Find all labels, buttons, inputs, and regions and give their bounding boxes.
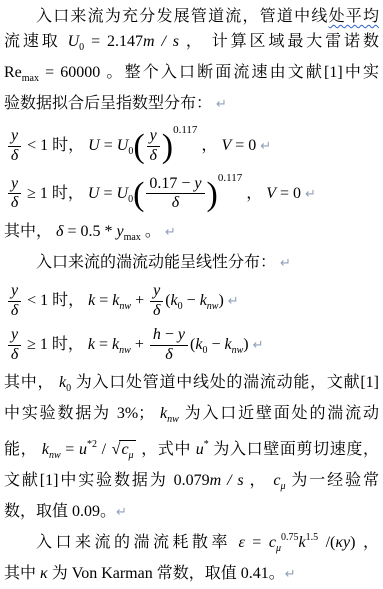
fraction-numerator: y: [8, 128, 21, 147]
text-run: 为一经验常: [285, 472, 378, 489]
math-roman: = 2.147: [84, 33, 143, 50]
fraction: h − yδ: [150, 327, 188, 364]
math-italic: k: [171, 292, 178, 309]
text-run: 。: [100, 503, 116, 520]
math-italic: δ: [11, 147, 18, 164]
subscript: max: [22, 73, 39, 84]
text-run: 时，: [52, 336, 88, 353]
math-italic: y: [150, 127, 157, 144]
para4-line2: 其中 κ 为 Von Karman 常数，取值 0.41。↵: [4, 561, 379, 587]
fraction-numerator: y: [8, 327, 21, 346]
text-run: 。: [141, 223, 165, 240]
math-roman: [1]: [40, 472, 59, 489]
superscript: *2: [87, 439, 97, 450]
text-run: ，: [244, 472, 274, 489]
equation-k-outer: yδ ≥ 1 时， k = knw + h − yδ(k0 − knw) ↵: [6, 327, 379, 364]
document-page: 入口来流为充分发展管道流，管道中线处平均流速取 U0 = 2.147m / s …: [0, 0, 383, 589]
math-roman: =: [95, 292, 112, 309]
math-italic: δ: [11, 194, 18, 211]
math-roman: < 1: [23, 292, 52, 309]
math-italic: U: [88, 137, 100, 154]
math-italic: k: [59, 374, 66, 391]
math-italic: k: [42, 441, 49, 458]
math-italic: U: [117, 137, 129, 154]
math-italic: y: [11, 326, 18, 343]
subscript: nw: [119, 301, 131, 312]
math-roman: 0.09: [72, 503, 100, 520]
fraction: yδ: [8, 283, 21, 320]
fraction-numerator: y: [150, 283, 163, 302]
math-italic: c: [269, 534, 276, 551]
subscript: nw: [167, 414, 179, 425]
para1-line3: Remax = 60000 。整个入口断面流速由文献[1]中实: [4, 60, 379, 91]
fraction-numerator: y: [147, 128, 160, 147]
math-italic: m / s: [210, 472, 244, 489]
para1-line1: 入口来流为充分发展管道流，管道中线处平均: [4, 4, 379, 29]
math-roman: = 0.5 *: [63, 223, 116, 240]
math-roman: Re: [4, 64, 22, 81]
math-italic: V: [266, 185, 276, 202]
math-italic: κ: [40, 565, 48, 582]
equation-k-inner: yδ < 1 时， k = knw + yδ(k0 − knw) ↵: [6, 283, 379, 320]
paragraph-mark-icon: ↵: [165, 225, 176, 240]
math-roman: =: [100, 137, 117, 154]
text-run: 其中: [4, 565, 40, 582]
para3-line3: 能， knw = u*2 / √cμ ，式中 u* 为入口壁面剪切速度，: [4, 432, 379, 468]
math-italic: δ: [165, 346, 172, 363]
subscript: nw: [49, 450, 61, 461]
para3-line5: 数，取值 0.09。↵: [4, 499, 379, 525]
document-body: 入口来流为充分发展管道流，管道中线处平均流速取 U0 = 2.147m / s …: [4, 4, 379, 587]
math-italic: y: [11, 127, 18, 144]
math-italic: δ: [149, 147, 156, 164]
superscript: 1.5: [306, 532, 319, 543]
text-run: 。整个入口断面流速由文献: [100, 64, 324, 81]
math-roman: < 1: [23, 137, 52, 154]
math-roman: = 60000: [39, 64, 100, 81]
math-italic: U: [88, 185, 100, 202]
text-run: 为入口壁面剪切速度，: [209, 441, 379, 458]
fraction: yδ: [8, 176, 21, 213]
math-roman: = 0: [276, 185, 305, 202]
text-run: 。: [269, 565, 285, 582]
math-italic: V: [221, 137, 231, 154]
math-roman: +: [131, 292, 148, 309]
paragraph-mark-icon: ↵: [285, 567, 296, 582]
text-run: 验数据拟合后呈指数型分布：: [4, 95, 216, 112]
paragraph-mark-icon: ↵: [260, 139, 271, 154]
paragraph-mark-icon: ↵: [305, 187, 316, 202]
fraction: yδ: [8, 128, 21, 165]
equation-u-inner: yδ < 1 时， U = U0(yδ)0.117 ， V = 0 ↵: [6, 124, 379, 165]
fraction-numerator: 0.17 − y: [146, 176, 204, 195]
math-italic: δ: [11, 302, 18, 319]
math-italic: k: [224, 336, 231, 353]
para4-line1: 入口来流的湍流耗散率 ε = cμ0.75k1.5 /(κy) ，: [4, 525, 379, 561]
math-roman: =: [61, 441, 79, 458]
paragraph-mark-icon: ↵: [280, 256, 291, 271]
math-roman: −: [161, 326, 178, 343]
fraction-denominator: δ: [150, 346, 188, 364]
math-roman: ): [243, 336, 252, 353]
math-italic: δ: [153, 302, 160, 319]
fraction-denominator: δ: [8, 194, 21, 212]
text-run: ，: [242, 185, 266, 202]
para1-line2: 流速取 U0 = 2.147m / s ， 计算区域最大雷诺数: [4, 29, 379, 60]
para3-line4: 文献[1]中实验数据为 0.079m / s ， cμ 为一经验常: [4, 468, 379, 499]
subscript: μ: [276, 543, 281, 554]
text-run: 能，: [4, 441, 42, 458]
paragraph-mark-icon: ↵: [228, 294, 239, 309]
text-run: 入口来流的湍流耗散率: [36, 534, 239, 551]
math-italic: U: [68, 33, 80, 50]
para3-line2: 中实验数据为 3%； knw 为入口近壁面处的湍流动: [4, 401, 379, 432]
fraction: yδ: [147, 128, 160, 165]
square-root: √cμ: [112, 437, 136, 468]
fraction-denominator: δ: [147, 147, 160, 165]
math-italic: y: [116, 223, 123, 240]
math-italic: κy: [335, 534, 350, 551]
fraction: 0.17 − yδ: [146, 176, 204, 213]
text-run: 入口来流的湍流动能呈线性分布：: [36, 254, 280, 271]
subscript: nw: [232, 345, 244, 356]
text-run: 为入口近壁面处的湍流动: [179, 405, 379, 422]
math-roman: ≥ 1: [23, 185, 52, 202]
big-paren: ): [162, 128, 173, 165]
math-roman: =: [95, 336, 112, 353]
math-italic: y: [11, 282, 18, 299]
paragraph-mark-icon: ↵: [116, 505, 127, 520]
math-roman: +: [131, 336, 148, 353]
big-paren: (: [133, 128, 144, 165]
math-italic: y: [178, 326, 185, 343]
text-run: ，: [197, 137, 221, 154]
fraction-numerator: y: [8, 176, 21, 195]
para2-line1: 入口来流的湍流动能呈线性分布： ↵: [4, 250, 379, 276]
text-run: 其中，: [4, 374, 59, 391]
para1-line4: 验数据拟合后呈指数型分布： ↵: [4, 91, 379, 117]
math-italic: k: [88, 336, 95, 353]
text-run: ， 计算区域最大雷诺数: [179, 33, 379, 50]
fraction: yδ: [8, 327, 21, 364]
math-italic: y: [153, 282, 160, 299]
exponent: 0.117: [173, 124, 197, 136]
subscript: μ: [129, 450, 134, 461]
fraction: yδ: [150, 283, 163, 320]
text-run: 中实验数据为: [58, 472, 173, 489]
math-italic: m / s: [143, 33, 179, 50]
text-run: 时，: [52, 185, 88, 202]
fraction-numerator: y: [8, 283, 21, 302]
text-run: 其中，: [4, 223, 56, 240]
exponent: 0.117: [218, 172, 242, 184]
big-paren: (: [133, 176, 144, 213]
text-run: 中实: [343, 64, 379, 81]
math-roman: /: [97, 441, 111, 458]
paragraph-mark-icon: ↵: [216, 97, 227, 112]
math-roman: 0.17 −: [149, 175, 194, 192]
fraction-denominator: δ: [150, 302, 163, 320]
math-roman: [1]: [324, 64, 343, 81]
math-roman: ≥ 1: [23, 336, 52, 353]
text-run: 为 Von Karman 常数，取值: [48, 565, 241, 582]
fraction-denominator: δ: [8, 147, 21, 165]
text-run: 数，取值: [4, 503, 72, 520]
math-italic: y: [194, 175, 201, 192]
math-roman: /(: [318, 534, 335, 551]
math-italic: y: [11, 175, 18, 192]
text-run: 流速取: [4, 33, 68, 50]
paragraph-mark-icon: ↵: [253, 338, 264, 353]
text-run: 为入口处管道中线处的湍流动能，文献: [71, 374, 360, 391]
math-italic: k: [298, 534, 305, 551]
math-italic: c: [121, 441, 128, 458]
text-run: 时，: [52, 137, 88, 154]
text-run: ，式中: [137, 441, 196, 458]
big-paren: ): [207, 176, 218, 213]
math-roman: ): [218, 292, 227, 309]
superscript: 0.75: [281, 532, 299, 543]
math-italic: U: [117, 185, 129, 202]
math-italic: k: [200, 292, 207, 309]
fraction-numerator: h − y: [150, 327, 188, 346]
math-roman: −: [183, 292, 200, 309]
math-roman: 0.41: [241, 565, 269, 582]
fraction-denominator: δ: [146, 194, 204, 212]
fraction-denominator: δ: [8, 302, 21, 320]
math-italic: δ: [172, 194, 179, 211]
math-roman: =: [99, 185, 116, 202]
delta-definition-line: 其中， δ = 0.5 * ymax 。 ↵: [4, 219, 379, 250]
fraction-denominator: δ: [8, 346, 21, 364]
para3-line1: 其中， k0 为入口处管道中线处的湍流动能，文献[1]: [4, 370, 379, 401]
text-run: 中实验数据为 3%；: [4, 405, 160, 422]
math-roman: 0.079: [174, 472, 210, 489]
math-roman: −: [207, 336, 224, 353]
text-run: 时，: [52, 292, 88, 309]
subscript: nw: [207, 301, 219, 312]
subscript: max: [124, 232, 141, 243]
math-italic: h: [153, 326, 161, 343]
text-run: ，: [355, 534, 379, 551]
radicand: cμ: [119, 440, 135, 458]
math-roman: = 0: [231, 137, 260, 154]
math-italic: δ: [11, 346, 18, 363]
text-run: 入口来流为充分发展管道流，管道中线: [36, 8, 329, 25]
subscript: nw: [119, 345, 131, 356]
spellcheck-underline-text: 处平均: [329, 8, 379, 25]
math-italic: u: [196, 441, 204, 458]
math-italic: u: [79, 441, 87, 458]
text-run: 文献: [4, 472, 40, 489]
math-roman: [1]: [360, 374, 379, 391]
math-roman: =: [245, 534, 269, 551]
equation-u-outer: yδ ≥ 1 时， U = U0(0.17 − yδ)0.117 ， V = 0…: [6, 172, 379, 213]
